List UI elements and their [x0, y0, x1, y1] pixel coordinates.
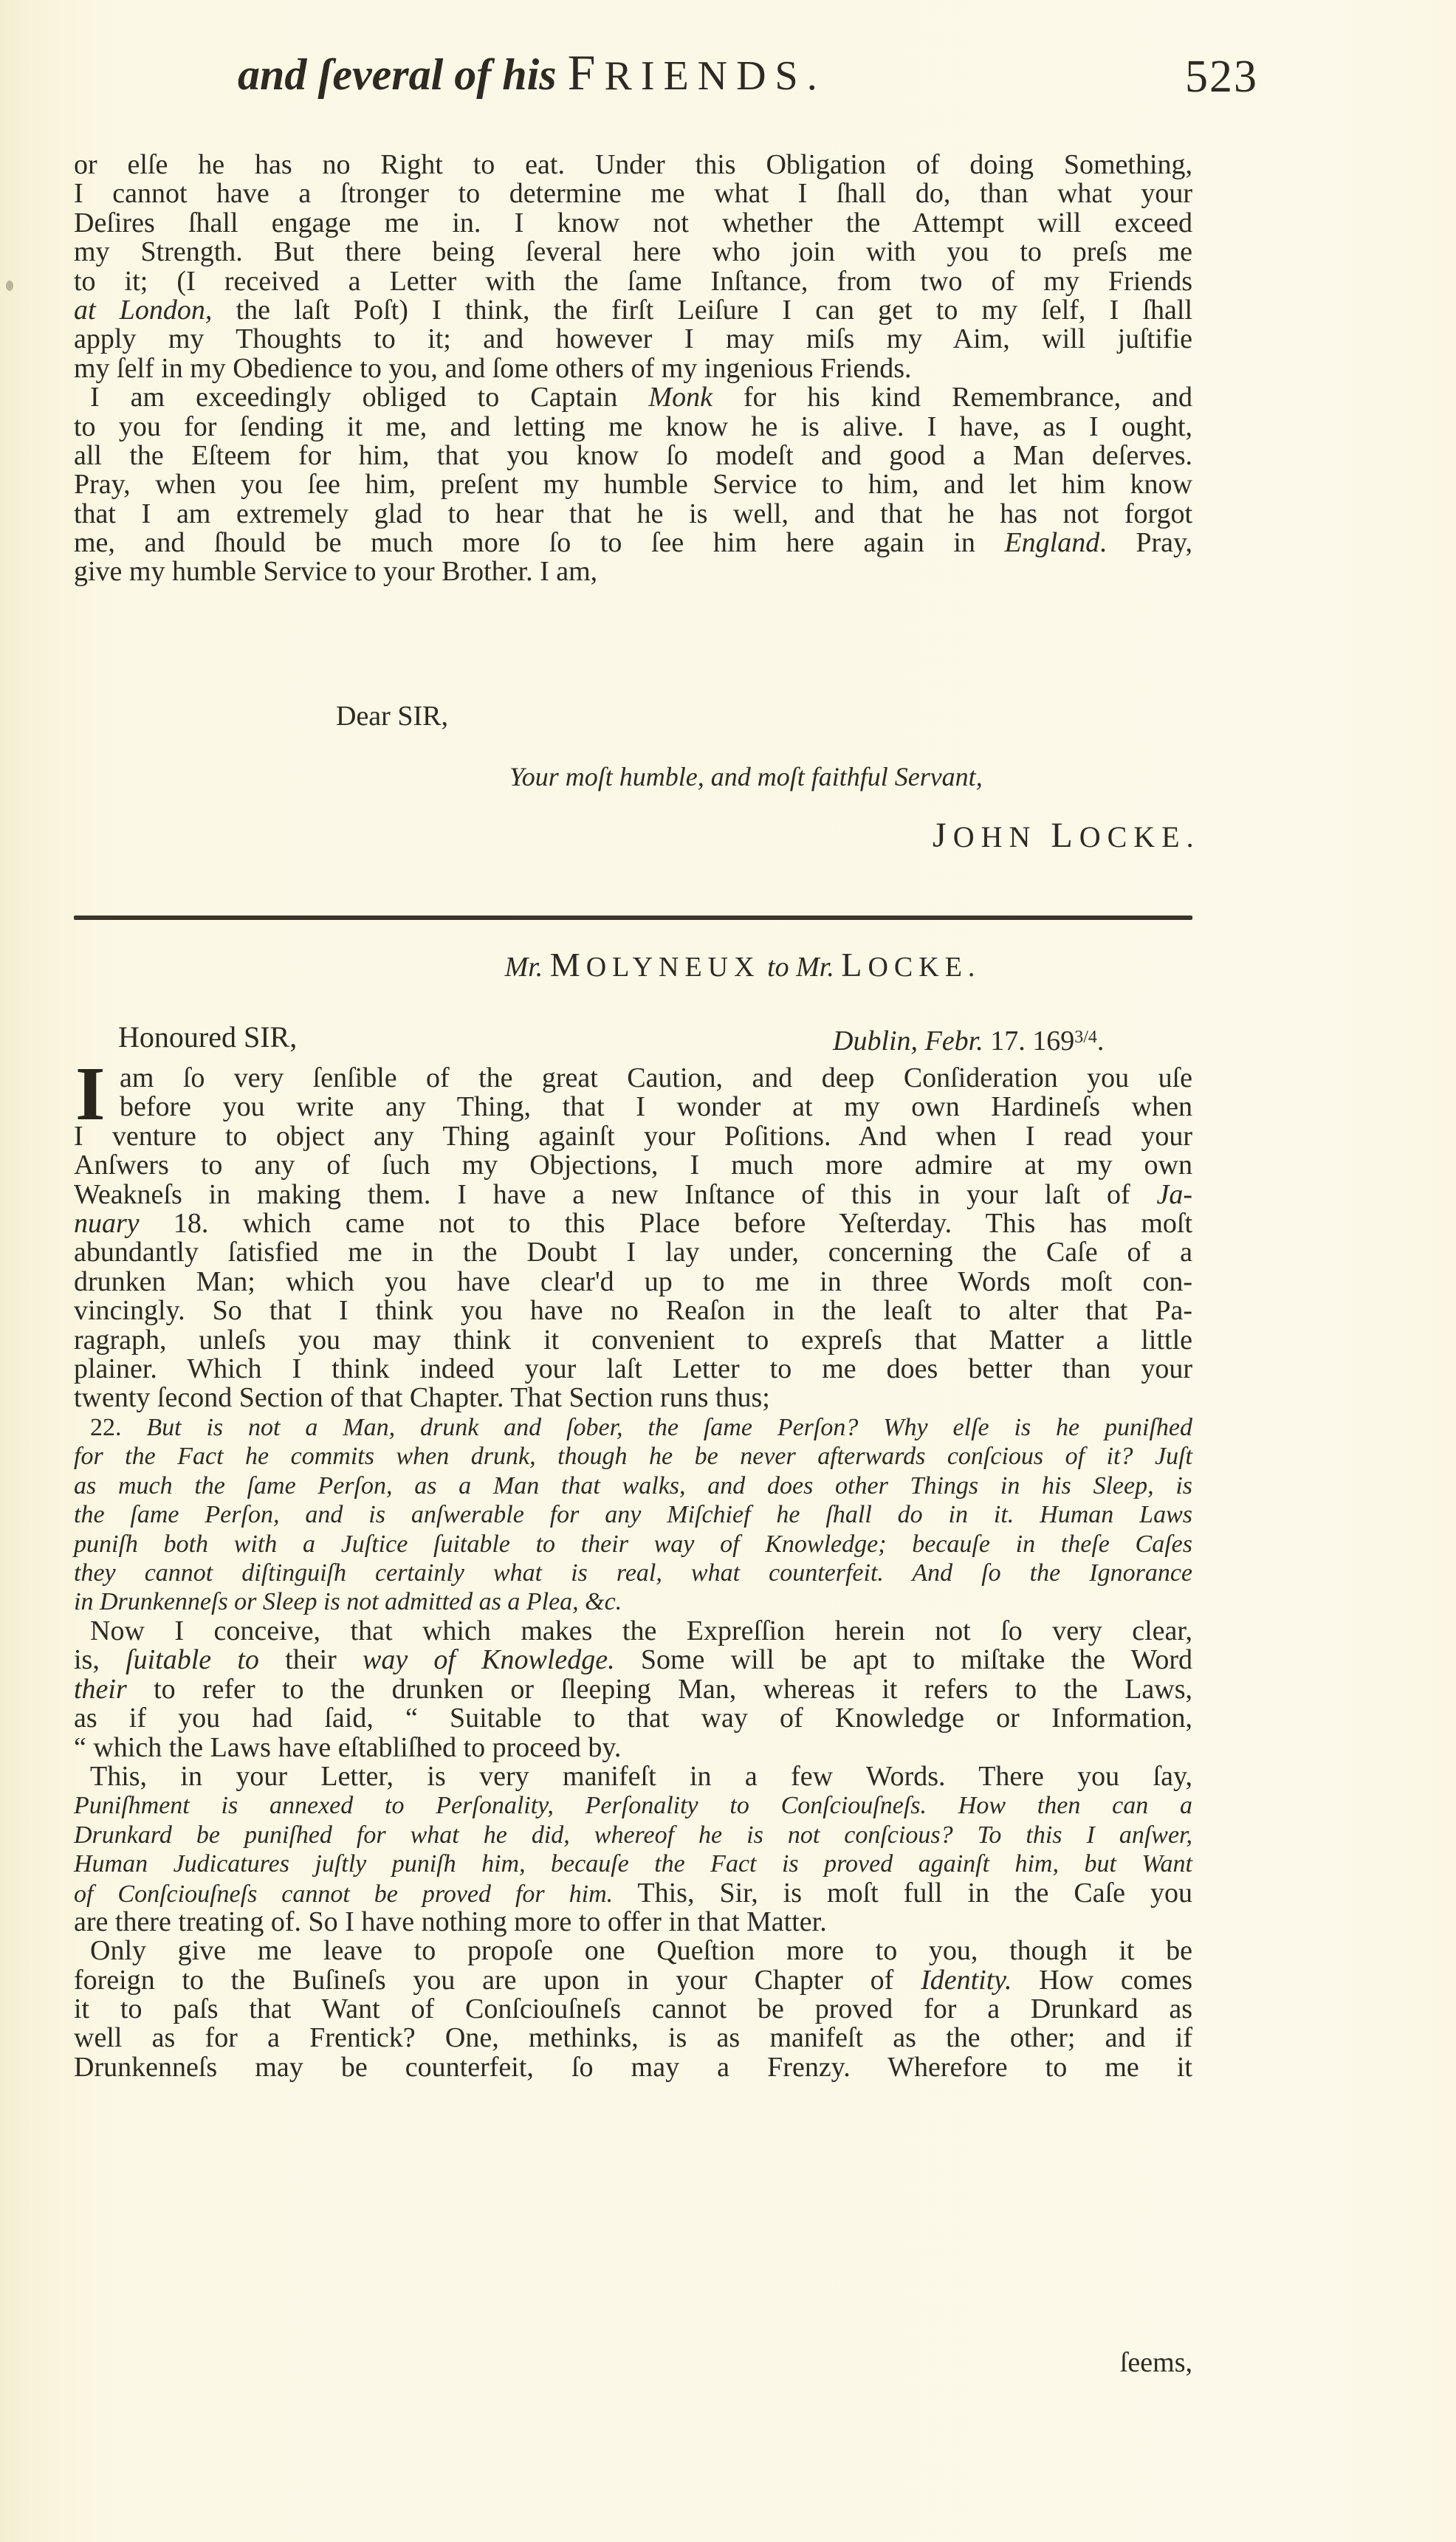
text-line: as if you had ſaid, “ Suitable to that w… — [74, 1704, 1192, 1733]
text-fragment: I am exceedingly obliged to Captain — [90, 382, 648, 413]
text-line: of Conſciouſneſs cannot be proved for hi… — [74, 1879, 1192, 1908]
text-line: that I am extremely glad to hear that he… — [74, 500, 1192, 529]
text-line: well as for a Frentick? One, methinks, i… — [74, 2024, 1192, 2053]
closing-salutation: Dear SIR, — [336, 700, 448, 732]
text-line: Drunkard be puniſhed for what he did, wh… — [74, 1821, 1192, 1849]
quote-line: the ſame Perſon, and is anſwerable for a… — [74, 1500, 1192, 1529]
text-line: This, in your Letter, is very manifeſt i… — [74, 1762, 1192, 1791]
text-line: Drunkenneſs may be counterfeit, ſo may a… — [74, 2053, 1192, 2082]
text-fragment: . Pray, — [1099, 527, 1192, 558]
running-head-initial: F — [568, 44, 605, 100]
text-line: “ which the Laws have eſtabliſhed to pro… — [74, 1734, 1192, 1762]
text-line: give my humble Service to your Brother. … — [74, 557, 1192, 586]
date-fraction: 3/4 — [1074, 1028, 1097, 1047]
text-line: my Strength. But there being ſeveral her… — [74, 238, 1192, 267]
text-line: their to refer to the drunken or ſleepin… — [74, 1675, 1192, 1704]
quote-text: But is not a Man, drunk and ſober, the ſ… — [146, 1414, 1192, 1441]
date-day-year: 17. 169 — [990, 1026, 1074, 1057]
text-line: Puniſhment is annexed to Perſonality, Pe… — [74, 1791, 1192, 1820]
text-line: am ſo very ſenſible of the great Caution… — [74, 1064, 1192, 1093]
signature-initial: L — [1051, 816, 1079, 855]
date-end: . — [1097, 1026, 1105, 1057]
text-fragment: to refer to the drunken or ſleeping Man,… — [127, 1674, 1192, 1705]
text-fragment: for his kind Remembrance, and — [712, 382, 1192, 413]
text-fragment: the laſt Poſt) I think, the firſt Leiſur… — [236, 295, 1192, 326]
text-line: to it; (I received a Letter with the ſam… — [74, 267, 1192, 296]
italic-phrase: their — [74, 1674, 127, 1705]
text-line: Pray, when you ſee him, preſent my humbl… — [74, 470, 1192, 499]
text-line: foreign to the Buſineſs you are upon in … — [74, 1966, 1192, 1995]
text-line: ragraph, unleſs you may think it conveni… — [74, 1326, 1192, 1355]
closing-servant-line: Your moſt humble, and moſt faithful Serv… — [509, 760, 983, 793]
catchword: ſeems, — [1108, 2348, 1192, 2377]
text-fragment: is, — [74, 1644, 126, 1675]
text-line: are there treating of. So I have nothing… — [74, 1908, 1192, 1937]
text-line: Anſwers to any of ſuch my Objections, I … — [74, 1151, 1192, 1180]
text-line: drunken Man; which you have clear'd up t… — [74, 1268, 1192, 1296]
running-head-smallcaps: RIENDS. — [604, 53, 825, 99]
text-line: all the Eſteem for him, that you know ſo… — [74, 442, 1192, 470]
section-divider-rule — [74, 916, 1192, 920]
quote-line: in Drunkenneſs or Sleep is not admitted … — [74, 1587, 1192, 1616]
text-line: twenty ſecond Section of that Chapter. T… — [74, 1384, 1192, 1412]
title-smallcaps: OLYNEUX — [586, 952, 760, 983]
text-line: Deſires ſhall engage me in. I know not w… — [74, 209, 1192, 238]
text-line: Now I conceive, that which makes the Exp… — [74, 1617, 1192, 1646]
italic-phrase: of Conſciouſneſs cannot be proved for hi… — [74, 1880, 613, 1908]
text-fragment: Weakneſs in making them. I have a new In… — [74, 1179, 1156, 1210]
text-fragment: me, and ſhould be much more ſo to ſee hi… — [74, 527, 1004, 558]
text-fragment: This, Sir, is moſt full in the Caſe you — [613, 1878, 1192, 1909]
signature-smallcaps: OHN — [953, 820, 1051, 853]
title-initial: L — [841, 946, 868, 983]
signature-smallcaps: OCKE. — [1079, 820, 1201, 853]
text-line: before you write any Thing, that I wonde… — [74, 1093, 1192, 1121]
letter-2-dateline: Dublin, Febr. 17. 1693/4. — [833, 1020, 1104, 1058]
text-fragment: How comes — [1012, 1965, 1192, 1996]
quote-line: as much the ſame Perſon, as a Man that w… — [74, 1471, 1192, 1500]
italic-phrase: way of Knowledge. — [363, 1644, 615, 1675]
text-line: I am exceedingly obliged to Captain Monk… — [74, 383, 1192, 412]
running-head: and ſeveral of his FRIENDS. 523 — [0, 43, 1456, 102]
ink-smudge — [6, 281, 13, 291]
section-number: 22. — [90, 1414, 122, 1441]
italic-name: Monk — [648, 382, 712, 413]
text-fragment: their — [259, 1644, 363, 1675]
quote-line: 22. But is not a Man, drunk and ſober, t… — [74, 1413, 1192, 1442]
signature-initial: J — [933, 816, 953, 855]
text-line: apply my Thoughts to it; and however I m… — [74, 325, 1192, 354]
text-line: at London, the laſt Poſt) I think, the f… — [74, 296, 1192, 325]
text-line: Only give me leave to propoſe one Queſti… — [74, 1937, 1192, 1965]
letter-2-continued: Now I conceive, that which makes the Exp… — [74, 1617, 1192, 2082]
letter-2-title: Mr. MOLYNEUX to Mr. LOCKE. — [0, 947, 1456, 986]
text-line: Weakneſs in making them. I have a new In… — [74, 1181, 1192, 1209]
text-line: it to paſs that Want of Conſciouſneſs ca… — [74, 1995, 1192, 2024]
letter-1-body: or elſe he has no Right to eat. Under th… — [74, 151, 1192, 587]
running-head-title: and ſeveral of his FRIENDS. — [238, 43, 826, 106]
italic-month: nuary — [74, 1208, 140, 1239]
text-line: plainer. Which I think indeed your laſt … — [74, 1355, 1192, 1384]
quote-line: they cannot diſtinguiſh certainly what i… — [74, 1559, 1192, 1587]
text-line: me, and ſhould be much more ſo to ſee hi… — [74, 529, 1192, 557]
date-place: Dublin, — [833, 1026, 918, 1057]
quote-line: for the Fact he commits when drunk, thou… — [74, 1442, 1192, 1471]
text-line: is, ſuitable to their way of Knowledge. … — [74, 1646, 1192, 1674]
quotation-block: 22. But is not a Man, drunk and ſober, t… — [74, 1413, 1192, 1617]
text-line: I cannot have a ſtronger to determine me… — [74, 179, 1192, 208]
quote-line: puniſh both with a Juſtice ſuitable to t… — [74, 1530, 1192, 1559]
text-line: abundantly ſatisfied me in the Doubt I l… — [74, 1238, 1192, 1267]
text-fragment: foreign to the Buſineſs you are upon in … — [74, 1965, 921, 1996]
title-smallcaps: OCKE. — [868, 952, 981, 983]
italic-place: England — [1004, 527, 1099, 558]
text-line: to you for ſending it me, and letting me… — [74, 413, 1192, 442]
title-initial: M — [550, 946, 586, 983]
text-line: Human Judicatures juſtly puniſh him, bec… — [74, 1849, 1192, 1878]
title-honorific: Mr. — [796, 952, 834, 983]
italic-phrase: ſuitable to — [126, 1644, 259, 1675]
text-line: I venture to object any Thing againſt yo… — [74, 1122, 1192, 1151]
italic-place: at London, — [74, 295, 212, 326]
text-line: nuary 18. which came not to this Place b… — [74, 1209, 1192, 1238]
date-month: Febr. — [925, 1026, 983, 1057]
title-honorific: Mr. — [505, 952, 543, 983]
text-line: my ſelf in my Obedience to you, and ſome… — [74, 354, 1192, 383]
text-line: or elſe he has no Right to eat. Under th… — [74, 151, 1192, 179]
signature: JOHN LOCKE. — [933, 818, 1201, 855]
letter-2-salutation: Honoured SIR, — [118, 1020, 297, 1054]
title-connector: to — [767, 952, 789, 983]
text-line: vincingly. So that I think you have no R… — [74, 1296, 1192, 1325]
running-head-italic: and ſeveral of his — [238, 50, 568, 99]
text-fragment: Some will be apt to miſtake the Word — [615, 1644, 1192, 1675]
page-number: 523 — [1185, 47, 1258, 106]
italic-phrase: Identity. — [921, 1965, 1012, 1996]
letter-2-body: am ſo very ſenſible of the great Caution… — [74, 1064, 1192, 1413]
text-fragment: 18. which came not to this Place before … — [174, 1208, 1192, 1239]
italic-month: Ja- — [1156, 1179, 1192, 1210]
